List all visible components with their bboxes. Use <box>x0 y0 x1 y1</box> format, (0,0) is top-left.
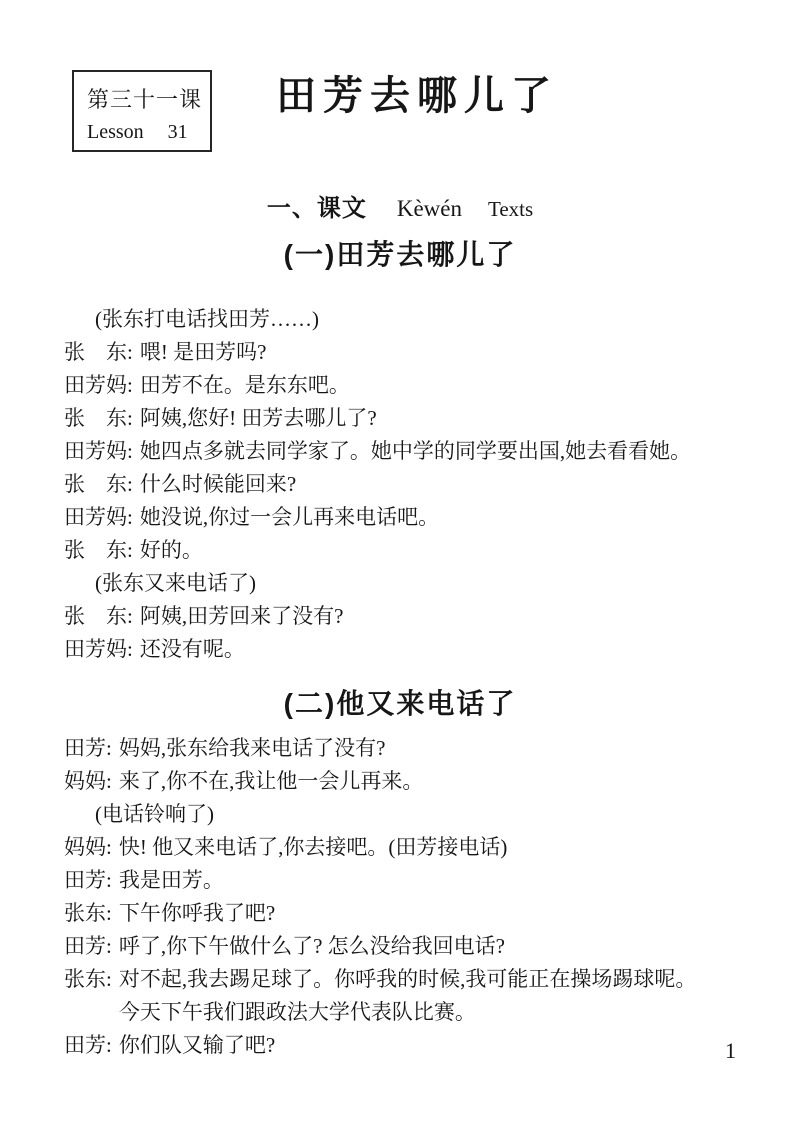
dialogue-text: 下午你呼我了吧? <box>119 897 275 930</box>
dialogue-line: 田芳妈:她四点多就去同学家了。她中学的同学要出国,她去看看她。 <box>0 435 800 468</box>
dialogue-text: 什么时候能回来? <box>140 468 296 501</box>
kewen-label: 一、课文 <box>267 188 367 223</box>
dialogue-text: 你们队又输了吧? <box>119 1029 275 1062</box>
dialogue-line: 张 东:好的。 <box>0 534 800 567</box>
stage-direction: (张东又来电话了) <box>0 567 800 600</box>
speaker-label: 妈妈: <box>64 831 112 864</box>
dialogue-line: 田芳妈:还没有呢。 <box>0 633 800 666</box>
dialogue-line: 田芳:妈妈,张东给我来电话了没有? <box>0 732 800 765</box>
dialogue-line: 田芳妈:她没说,你过一会儿再来电话吧。 <box>0 501 800 534</box>
lesson-number: 31 <box>168 121 188 143</box>
part2-heading: (二)他又来电话了 <box>0 682 800 722</box>
page-header: 第三十一课 Lesson31 田芳去哪儿了 <box>0 0 800 160</box>
dialogue-line: 田芳:呼了,你下午做什么了? 怎么没给我回电话? <box>0 930 800 963</box>
speaker-label: 张 东: <box>64 534 133 567</box>
dialogue-text: 喂! 是田芳吗? <box>140 336 267 369</box>
dialogue-text: 快! 他又来电话了,你去接吧。(田芳接电话) <box>119 831 507 864</box>
pinyin-label: Kèwén <box>397 196 462 222</box>
speaker-label: 田芳妈: <box>64 369 133 402</box>
stage-text: (张东又来电话了) <box>95 567 256 600</box>
dialogue-line: 张东:下午你呼我了吧? <box>0 897 800 930</box>
dialogue-text: 妈妈,张东给我来电话了没有? <box>119 732 386 765</box>
lesson-number-en: Lesson31 <box>87 121 204 144</box>
page-number: 1 <box>725 1038 736 1064</box>
dialogue-line: 妈妈:快! 他又来电话了,你去接吧。(田芳接电话) <box>0 831 800 864</box>
dialogue-line: 妈妈:来了,你不在,我让他一会儿再来。 <box>0 765 800 798</box>
dialogue-text: 她四点多就去同学家了。她中学的同学要出国,她去看看她。 <box>140 435 691 468</box>
stage-text: (张东打电话找田芳……) <box>95 303 319 336</box>
dialogue-text: 田芳不在。是东东吧。 <box>140 369 350 402</box>
part1-dialogue: (张东打电话找田芳……) 张 东:喂! 是田芳吗? 田芳妈:田芳不在。是东东吧。… <box>0 303 800 666</box>
dialogue-text: 对不起,我去踢足球了。你呼我的时候,我可能正在操场踢球呢。今天下午我们跟政法大学… <box>119 963 697 1029</box>
speaker-label: 张 东: <box>64 402 133 435</box>
lesson-label: Lesson <box>87 121 144 143</box>
dialogue-text: 她没说,你过一会儿再来电话吧。 <box>140 501 439 534</box>
stage-direction: (张东打电话找田芳……) <box>0 303 800 336</box>
dialogue-text: 我是田芳。 <box>119 864 224 897</box>
dialogue-text: 呼了,你下午做什么了? 怎么没给我回电话? <box>119 930 505 963</box>
dialogue-line: 田芳:我是田芳。 <box>0 864 800 897</box>
texts-label: Texts <box>488 197 533 222</box>
textbook-page: 第三十一课 Lesson31 田芳去哪儿了 一、课文 Kèwén Texts (… <box>0 0 800 1129</box>
speaker-label: 张 东: <box>64 468 133 501</box>
lesson-number-zh: 第三十一课 <box>87 83 204 114</box>
speaker-label: 张东: <box>64 897 112 930</box>
dialogue-text: 来了,你不在,我让他一会儿再来。 <box>119 765 424 798</box>
part1-heading: (一)田芳去哪儿了 <box>0 233 800 273</box>
speaker-label: 田芳: <box>64 732 112 765</box>
speaker-label: 田芳妈: <box>64 501 133 534</box>
section-heading: 一、课文 Kèwén Texts <box>0 188 800 223</box>
part2-dialogue: 田芳:妈妈,张东给我来电话了没有? 妈妈:来了,你不在,我让他一会儿再来。 (电… <box>0 732 800 1062</box>
dialogue-line: 张 东:什么时候能回来? <box>0 468 800 501</box>
speaker-label: 田芳: <box>64 1029 112 1062</box>
dialogue-text: 阿姨,您好! 田芳去哪儿了? <box>140 402 377 435</box>
dialogue-line: 张 东:阿姨,您好! 田芳去哪儿了? <box>0 402 800 435</box>
speaker-label: 田芳: <box>64 864 112 897</box>
speaker-label: 田芳妈: <box>64 435 133 468</box>
dialogue-line: 田芳妈:田芳不在。是东东吧。 <box>0 369 800 402</box>
speaker-label: 田芳妈: <box>64 633 133 666</box>
dialogue-line: 张 东:阿姨,田芳回来了没有? <box>0 600 800 633</box>
dialogue-line: 田芳:你们队又输了吧? <box>0 1029 800 1062</box>
speaker-label: 张东: <box>64 963 112 1029</box>
dialogue-text: 阿姨,田芳回来了没有? <box>140 600 344 633</box>
dialogue-text: 还没有呢。 <box>140 633 245 666</box>
speaker-label: 妈妈: <box>64 765 112 798</box>
speaker-label: 张 东: <box>64 600 133 633</box>
dialogue-line: 张 东:喂! 是田芳吗? <box>0 336 800 369</box>
speaker-label: 田芳: <box>64 930 112 963</box>
speaker-label: 张 东: <box>64 336 133 369</box>
lesson-box: 第三十一课 Lesson31 <box>72 70 212 152</box>
dialogue-line: 张东:对不起,我去踢足球了。你呼我的时候,我可能正在操场踢球呢。今天下午我们跟政… <box>0 963 800 1029</box>
dialogue-text: 好的。 <box>140 534 203 567</box>
stage-text: (电话铃响了) <box>95 798 214 831</box>
stage-direction: (电话铃响了) <box>0 798 800 831</box>
